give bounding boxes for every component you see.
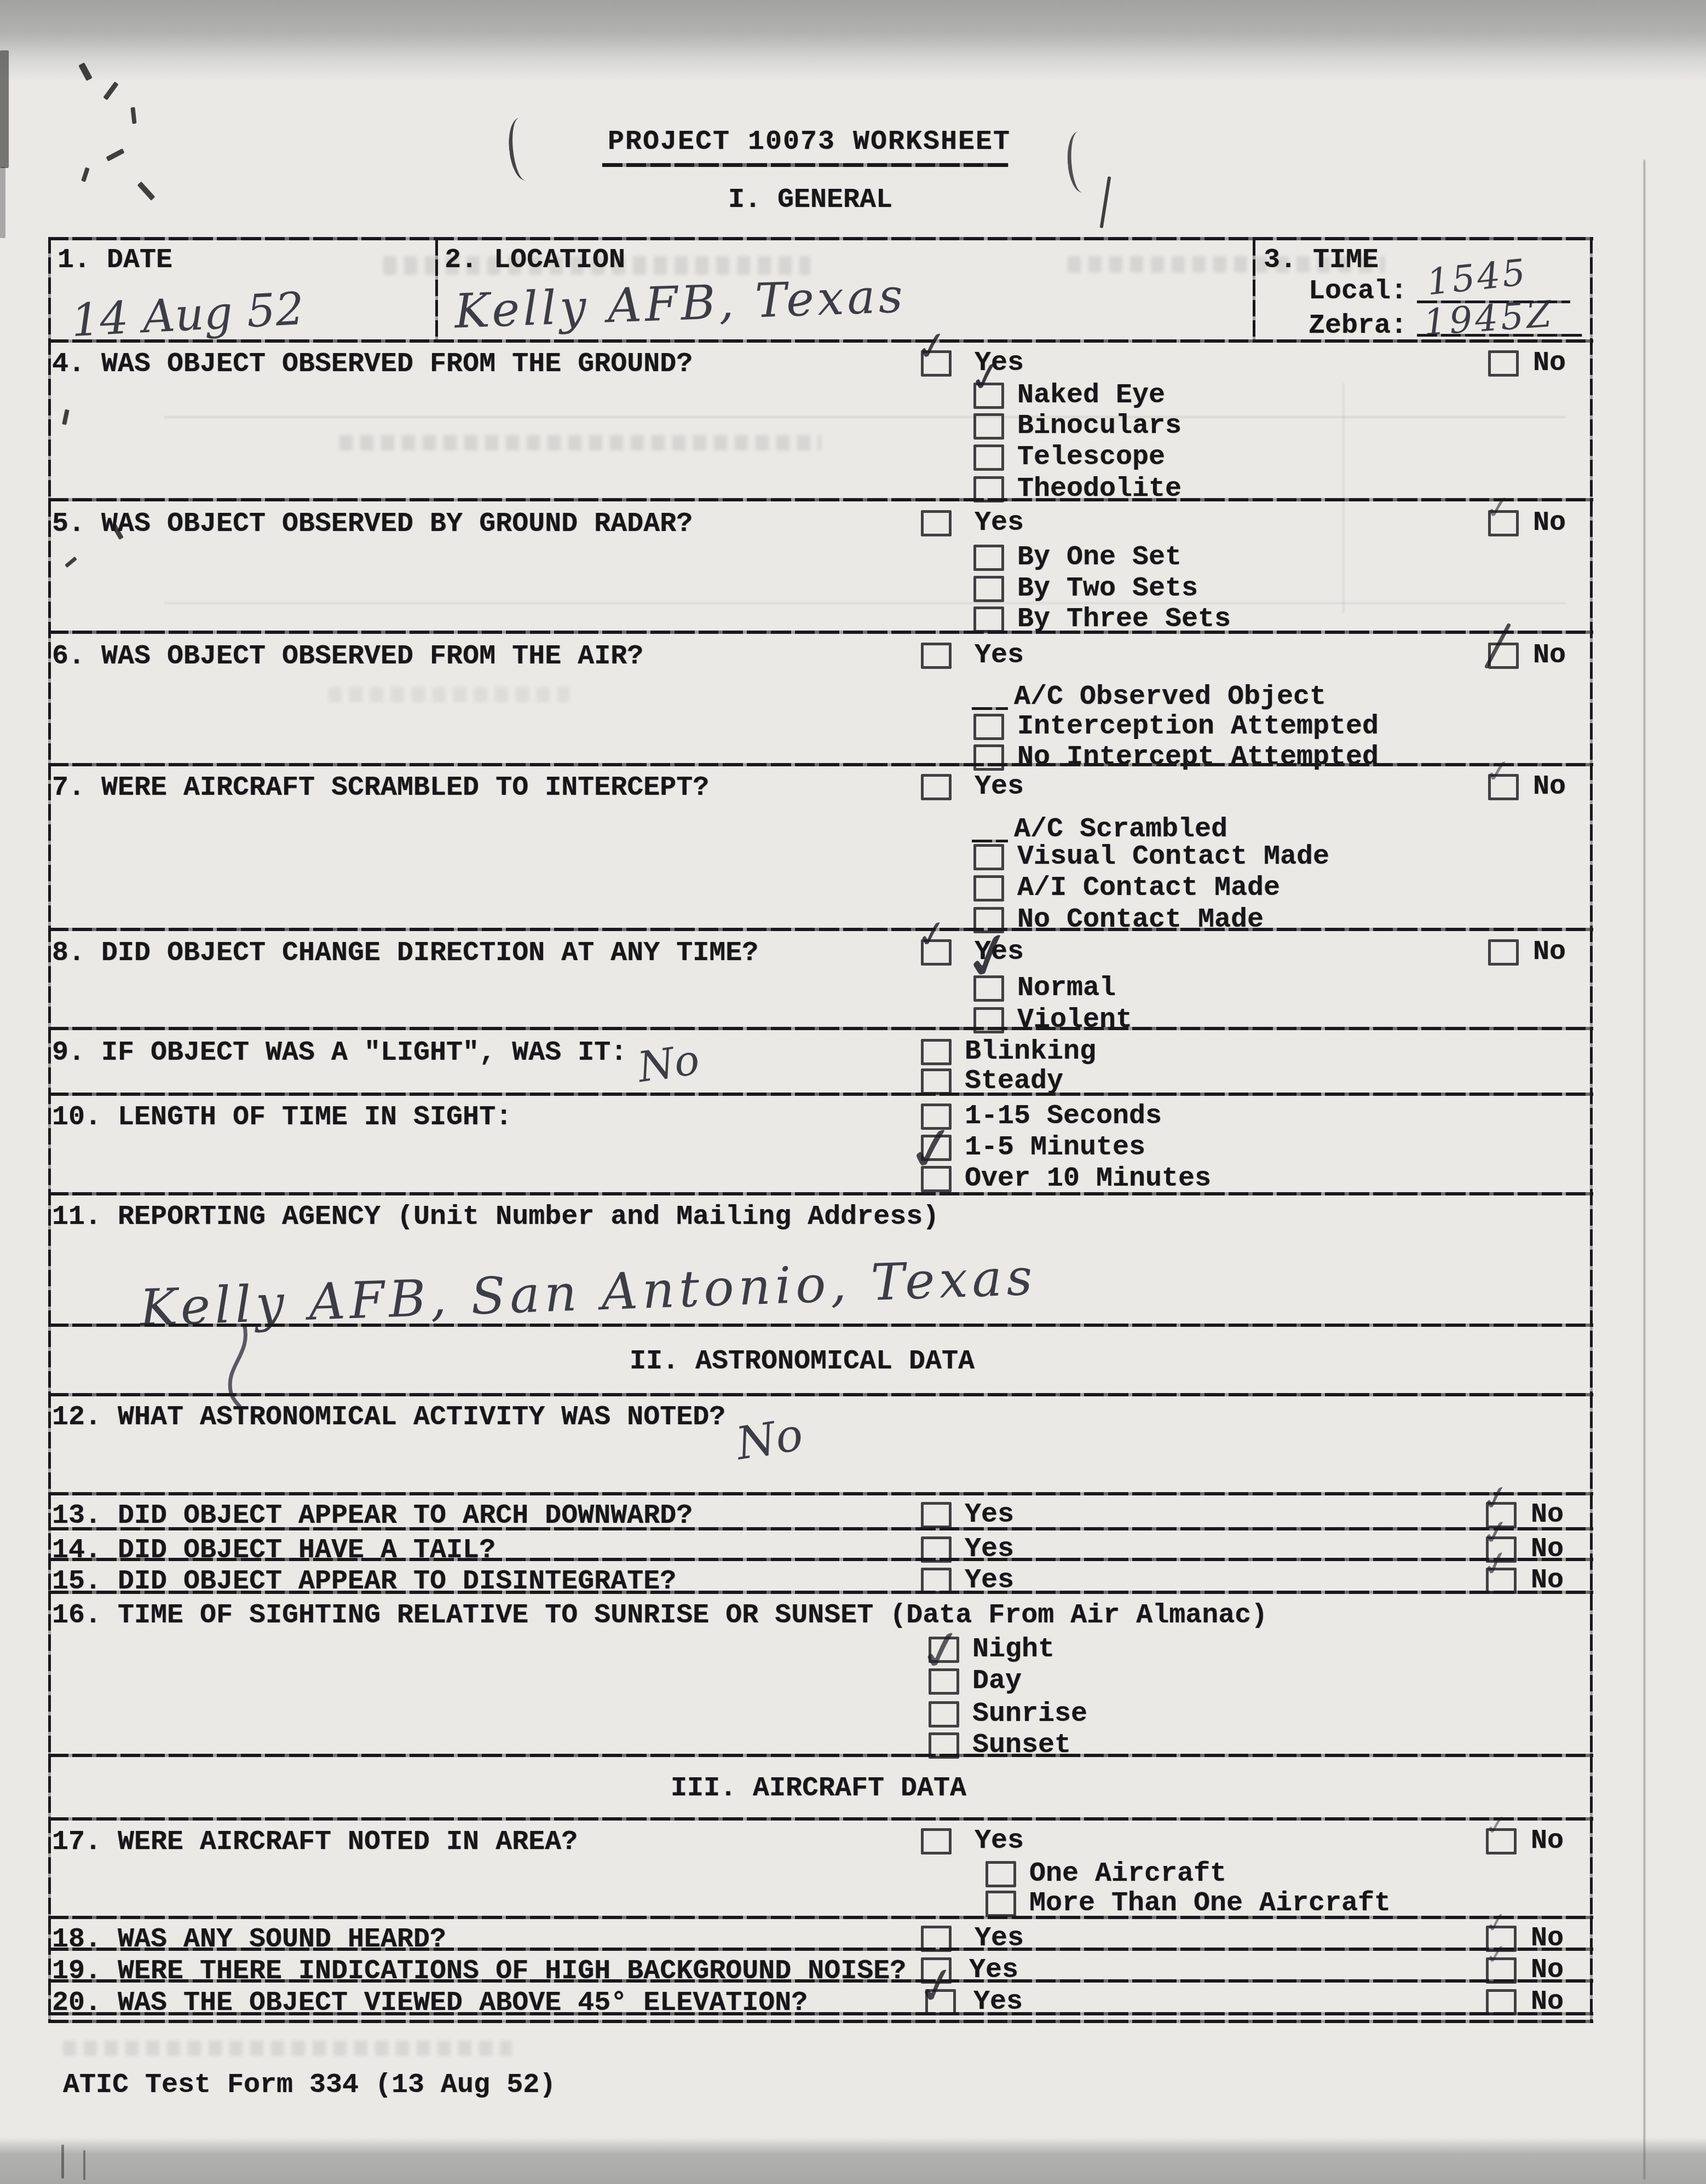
row-divider <box>48 1817 1593 1821</box>
q4-option-binoculars-label: Binoculars <box>1017 411 1181 441</box>
row-divider <box>48 498 1593 501</box>
section-heading-astronomical: II. ASTRONOMICAL DATA <box>630 1347 975 1377</box>
row-divider <box>48 1591 1593 1594</box>
q4-option-naked-eye-label: Naked Eye <box>1017 380 1165 411</box>
q17-option-one-aircraft-checkbox <box>985 1861 1016 1887</box>
q7-yes-checkbox <box>921 774 952 800</box>
section-heading-aircraft: III. AIRCRAFT DATA <box>671 1773 966 1804</box>
form-border <box>48 2012 1593 2015</box>
q10-option-over10-label: Over 10 Minutes <box>965 1164 1211 1194</box>
q5-yes-label: Yes <box>975 508 1024 538</box>
handwritten-underline <box>1417 334 1582 337</box>
q13-yes-label: Yes <box>965 1500 1014 1530</box>
q5-option-three-sets-checkbox <box>973 606 1004 633</box>
row-divider <box>48 763 1593 766</box>
checkmark: ✓ <box>912 1958 962 2015</box>
q5-no-label: No <box>1533 508 1566 538</box>
q5-yes-checkbox <box>921 510 952 536</box>
row-divider <box>48 1192 1593 1195</box>
form-border <box>48 237 1593 240</box>
q15-yes-checkbox <box>921 1568 952 1594</box>
q10-label: 10. LENGTH OF TIME IN SIGHT: <box>52 1102 512 1133</box>
row-divider <box>48 1916 1593 1919</box>
q10-option-seconds-label: 1-15 Seconds <box>965 1101 1162 1131</box>
q11-label: 11. REPORTING AGENCY (Unit Number and Ma… <box>52 1202 939 1232</box>
q12-handwritten-answer: No <box>733 1408 806 1470</box>
q16-option-sunrise-label: Sunrise <box>972 1699 1087 1729</box>
q13-no-label: No <box>1531 1500 1564 1530</box>
scanned-form-page: PROJECT 10073 WORKSHEET I. GENERAL 1. DA… <box>0 0 1706 2184</box>
ink-speck <box>62 409 70 425</box>
q5-option-two-sets-label: By Two Sets <box>1017 574 1198 604</box>
section-heading-general: I. GENERAL <box>728 185 892 215</box>
row-divider <box>48 631 1593 634</box>
q5-option-one-set-label: By One Set <box>1017 542 1181 573</box>
q7-yes-label: Yes <box>975 772 1024 802</box>
q4-option-telescope-checkbox <box>973 444 1004 471</box>
q7-label: 7. WERE AIRCRAFT SCRAMBLED TO INTERCEPT? <box>52 773 709 803</box>
checkmark: ✓ <box>1484 1811 1509 1840</box>
q7-option-visual-contact-label: Visual Contact Made <box>1017 842 1329 872</box>
row-divider <box>48 1558 1593 1561</box>
scan-edge-mark <box>0 50 9 168</box>
bleedthrough-artifact <box>339 435 821 450</box>
q4-no-label: No <box>1533 348 1566 378</box>
title-underline <box>602 163 1008 167</box>
location-handwritten-value: Kelly AFB, Texas <box>454 269 907 339</box>
q8-no-label: No <box>1533 937 1566 967</box>
scan-edge-mark <box>0 167 5 238</box>
q8-label: 8. DID OBJECT CHANGE DIRECTION AT ANY TI… <box>52 938 758 968</box>
q6-option-interception-attempted-label: Interception Attempted <box>1017 712 1379 742</box>
scan-shadow-bottom <box>0 2137 1706 2184</box>
checkmark: ✓ <box>1484 1940 1509 1969</box>
q17-label: 17. WERE AIRCRAFT NOTED IN AREA? <box>52 1827 578 1857</box>
bleedthrough-line <box>164 602 1566 604</box>
q6-option-interception-attempted-checkbox <box>973 714 1004 740</box>
row-divider <box>48 1948 1593 1951</box>
q5-option-three-sets-label: By Three Sets <box>1017 604 1231 634</box>
ink-speck <box>106 148 124 161</box>
q4-no-checkbox <box>1488 350 1519 377</box>
time-label: 3. TIME <box>1264 245 1379 275</box>
q9-option-blinking-label: Blinking <box>965 1037 1096 1067</box>
ink-speck <box>130 107 136 124</box>
checkmark: ✓ <box>1483 490 1513 525</box>
location-label: 2. LOCATION <box>445 245 625 275</box>
checkmark: ✓ <box>913 324 951 368</box>
bleedthrough-line <box>164 416 1566 418</box>
q17-option-one-aircraft-label: One Aircraft <box>1029 1859 1226 1889</box>
q9-label: 9. IF OBJECT WAS A "LIGHT", WAS IT: <box>52 1038 627 1068</box>
q6-option-no-intercept-checkbox <box>973 744 1004 771</box>
checkmark: ✓ <box>1483 1908 1509 1938</box>
q5-option-two-sets-checkbox <box>973 576 1004 602</box>
q6-option-no-intercept-label: No Intercept Attempted <box>1017 742 1379 772</box>
page-edge-line <box>1644 160 1645 2180</box>
checkmark: ✓ <box>903 1116 961 1182</box>
scan-streak <box>61 2145 64 2179</box>
date-label: 1. DATE <box>57 245 172 275</box>
q9-option-steady-checkbox <box>921 1068 952 1095</box>
q20-no-checkbox <box>1486 1989 1517 2015</box>
checkmark: ✓ <box>1484 754 1513 788</box>
q4-option-binoculars-checkbox <box>973 413 1004 440</box>
q6-no-label: No <box>1533 640 1566 671</box>
row-divider <box>48 1979 1593 1983</box>
q16-option-day-label: Day <box>972 1666 1022 1696</box>
row-divider <box>48 1754 1593 1757</box>
form-border <box>48 2020 1593 2023</box>
q7-option-ac-scrambled-label: A/C Scrambled <box>1014 814 1227 845</box>
time-zebra-label: Zebra: <box>1309 311 1407 341</box>
q10-option-minutes-label: 1-5 Minutes <box>965 1133 1145 1163</box>
row-divider <box>48 1324 1593 1327</box>
q8-option-normal-label: Normal <box>1017 973 1116 1003</box>
scan-streak <box>83 2150 85 2180</box>
form-number-footer: ATIC Test Form 334 (13 Aug 52) <box>63 2070 556 2100</box>
row-divider <box>48 1027 1593 1030</box>
form-title: PROJECT 10073 WORKSHEET <box>608 127 1011 157</box>
ink-speck <box>137 182 155 201</box>
date-handwritten-value: 14 Aug 52 <box>70 283 306 347</box>
q7-no-label: No <box>1533 772 1566 802</box>
q8-option-violent-label: Violent <box>1017 1005 1132 1035</box>
q12-label: 12. WHAT ASTRONOMICAL ACTIVITY WAS NOTED… <box>52 1402 725 1432</box>
q8-no-checkbox <box>1488 939 1519 966</box>
row-divider <box>48 1527 1593 1530</box>
q17-option-more-aircraft-label: More Than One Aircraft <box>1029 1888 1391 1919</box>
ink-speck <box>81 167 90 182</box>
row-divider <box>48 1492 1593 1495</box>
stray-paren <box>506 117 539 182</box>
row-divider <box>48 339 1593 343</box>
q4-option-telescope-label: Telescope <box>1017 442 1165 472</box>
q9-option-blinking-checkbox <box>921 1039 952 1065</box>
bleedthrough-artifact <box>328 687 569 702</box>
q4-label: 4. WAS OBJECT OBSERVED FROM THE GROUND? <box>52 349 693 379</box>
ink-speck <box>65 557 77 568</box>
checkmark: ✓ <box>966 354 1006 400</box>
q7-option-ai-contact-checkbox <box>973 875 1004 902</box>
stray-paren <box>1065 130 1096 193</box>
row-divider <box>48 1393 1593 1396</box>
q7-option-ai-contact-label: A/I Contact Made <box>1017 873 1280 903</box>
time-local-label: Local: <box>1309 276 1407 307</box>
q13-yes-checkbox <box>921 1502 952 1528</box>
checkmark: ✓ <box>914 1620 969 1682</box>
bleedthrough-artifact <box>63 2041 512 2056</box>
scan-shadow-top <box>0 0 1706 82</box>
q9-option-steady-label: Steady <box>965 1066 1063 1096</box>
pen-tick <box>1100 176 1111 228</box>
q6-option-blank-line <box>972 707 1008 710</box>
column-divider <box>1253 239 1255 341</box>
checkmark: ✓ <box>914 914 950 955</box>
q17-no-label: No <box>1531 1826 1564 1856</box>
column-divider <box>435 239 438 341</box>
ink-speck <box>103 82 118 100</box>
q13-label: 13. DID OBJECT APPEAR TO ARCH DOWNWARD? <box>52 1501 693 1531</box>
q17-option-more-aircraft-checkbox <box>985 1891 1016 1917</box>
q7-option-blank-line <box>972 840 1008 842</box>
q6-yes-checkbox <box>921 643 952 669</box>
q16-label: 16. TIME OF SIGHTING RELATIVE TO SUNRISE… <box>52 1601 1267 1631</box>
q7-option-visual-contact-checkbox <box>973 844 1004 870</box>
q17-yes-checkbox <box>921 1828 952 1854</box>
row-divider <box>48 928 1593 931</box>
q6-yes-label: Yes <box>975 640 1024 671</box>
q16-option-sunrise-checkbox <box>929 1701 959 1727</box>
q6-option-ac-observed-label: A/C Observed Object <box>1014 682 1326 712</box>
q9-handwritten-answer: No <box>635 1035 702 1092</box>
row-divider <box>48 1093 1593 1096</box>
q16-option-night-label: Night <box>972 1634 1054 1665</box>
q5-option-one-set-checkbox <box>973 545 1004 571</box>
q5-label: 5. WAS OBJECT OBSERVED BY GROUND RADAR? <box>52 509 693 539</box>
q17-yes-label: Yes <box>975 1826 1024 1856</box>
q6-label: 6. WAS OBJECT OBSERVED FROM THE AIR? <box>52 642 643 672</box>
